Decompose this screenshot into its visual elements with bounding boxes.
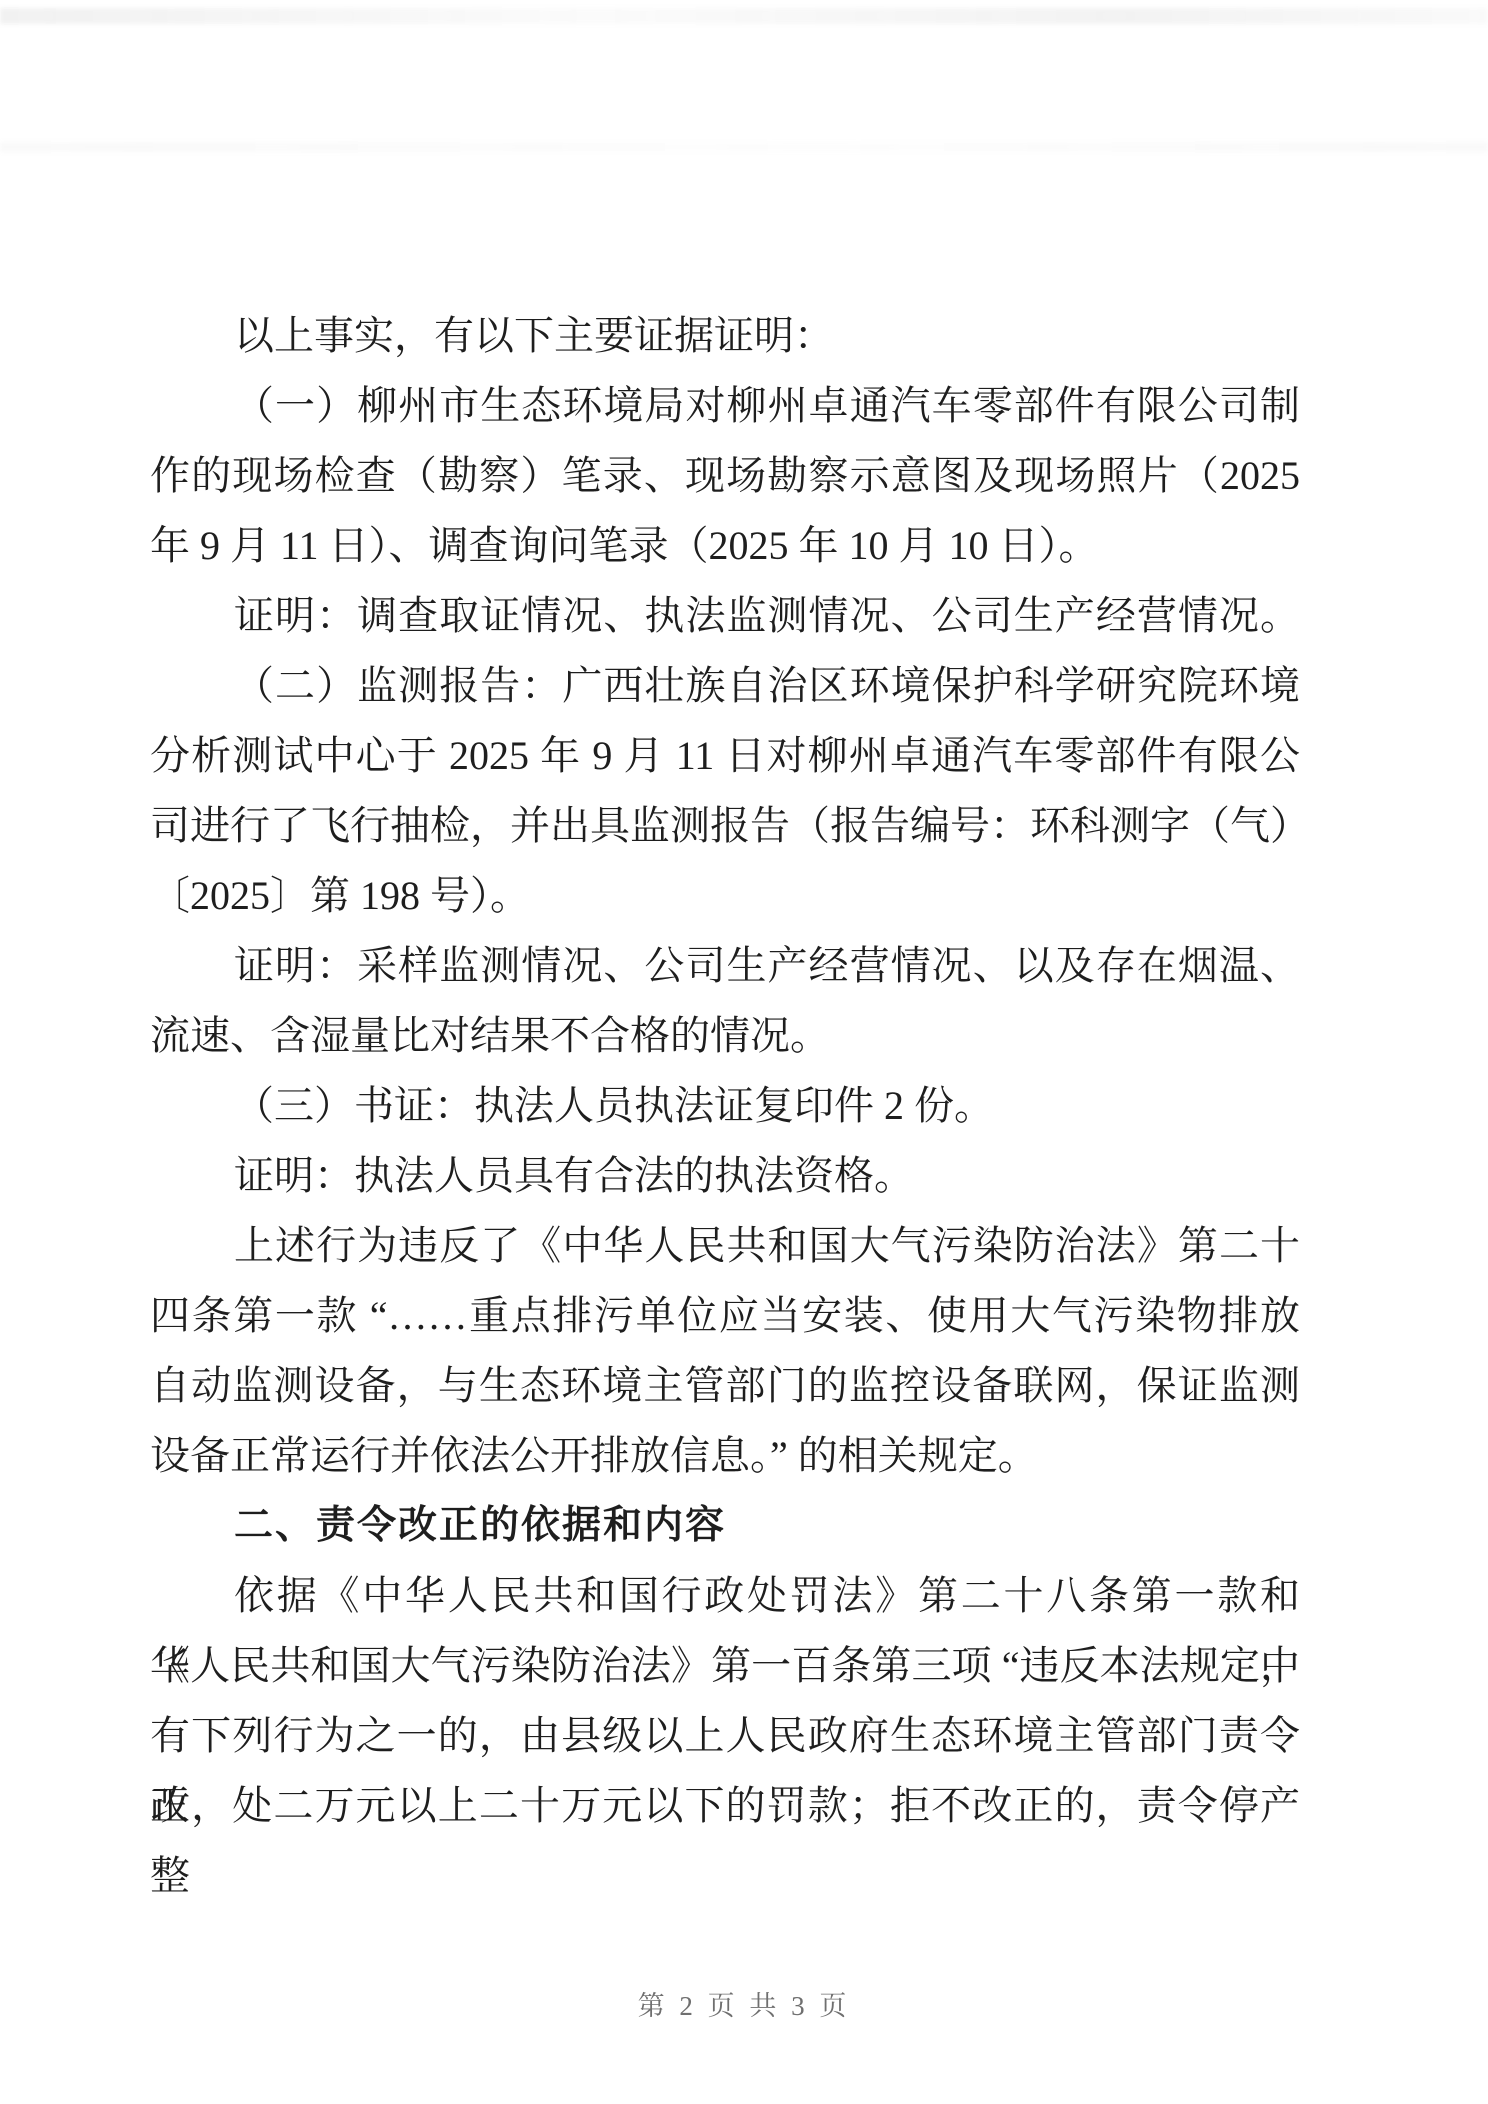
text-line-10: 证明：采样监测情况、公司生产经营情况、以及存在烟温、 (150, 931, 1300, 1001)
text-line-11: 流速、含湿量比对结果不合格的情况。 (150, 1001, 1300, 1071)
text-line-12: （三）书证：执法人员执法证复印件 2 份。 (150, 1071, 1300, 1141)
text-line-20: 华人民共和国大气污染防治法》第一百条第三项 “违反本法规定， (150, 1631, 1300, 1701)
scanned-document-page: 以上事实，有以下主要证据证明：（一）柳州市生态环境局对柳州卓通汽车零部件有限公司… (0, 0, 1488, 2104)
text-line-15: 四条第一款 “……重点排污单位应当安装、使用大气污染物排放 (150, 1281, 1300, 1351)
text-line-17: 设备正常运行并依法公开排放信息。” 的相关规定。 (150, 1421, 1300, 1491)
text-line-4: 年 9 月 11 日）、调查询问笔录（2025 年 10 月 10 日）。 (150, 511, 1300, 581)
text-line-3: 作的现场检查（勘察）笔录、现场勘察示意图及现场照片（2025 (150, 441, 1300, 511)
text-line-14: 上述行为违反了《中华人民共和国大气污染防治法》第二十 (150, 1211, 1300, 1281)
scan-noise-band (0, 142, 1488, 152)
text-line-13: 证明：执法人员具有合法的执法资格。 (150, 1141, 1300, 1211)
text-line-5: 证明：调查取证情况、执法监测情况、公司生产经营情况。 (150, 581, 1300, 651)
text-line-21: 有下列行为之一的，由县级以上人民政府生态环境主管部门责令改 (150, 1701, 1300, 1771)
text-line-7: 分析测试中心于 2025 年 9 月 11 日对柳州卓通汽车零部件有限公 (150, 721, 1300, 791)
text-line-9: 〔2025〕第 198 号）。 (150, 861, 1300, 931)
text-line-2: （一）柳州市生态环境局对柳州卓通汽车零部件有限公司制 (150, 371, 1300, 441)
page-footer: 第 2 页 共 3 页 (0, 1984, 1488, 2023)
text-line-22: 正，处二万元以上二十万元以下的罚款；拒不改正的，责令停产整 (150, 1771, 1300, 1841)
text-line-6: （二）监测报告：广西壮族自治区环境保护科学研究院环境 (150, 651, 1300, 721)
text-line-8: 司进行了飞行抽检，并出具监测报告（报告编号：环科测字（气） (150, 791, 1300, 861)
page-number-label: 第 2 页 共 3 页 (638, 1991, 851, 2021)
section-heading: 二、责令改正的依据和内容 (150, 1491, 1300, 1561)
document-body: 以上事实，有以下主要证据证明：（一）柳州市生态环境局对柳州卓通汽车零部件有限公司… (150, 301, 1300, 1841)
text-line-1: 以上事实，有以下主要证据证明： (150, 301, 1300, 371)
scan-noise-band (0, 8, 1488, 24)
text-line-16: 自动监测设备，与生态环境主管部门的监控设备联网，保证监测 (150, 1351, 1300, 1421)
text-line-19: 依据《中华人民共和国行政处罚法》第二十八条第一款和《中 (150, 1561, 1300, 1631)
